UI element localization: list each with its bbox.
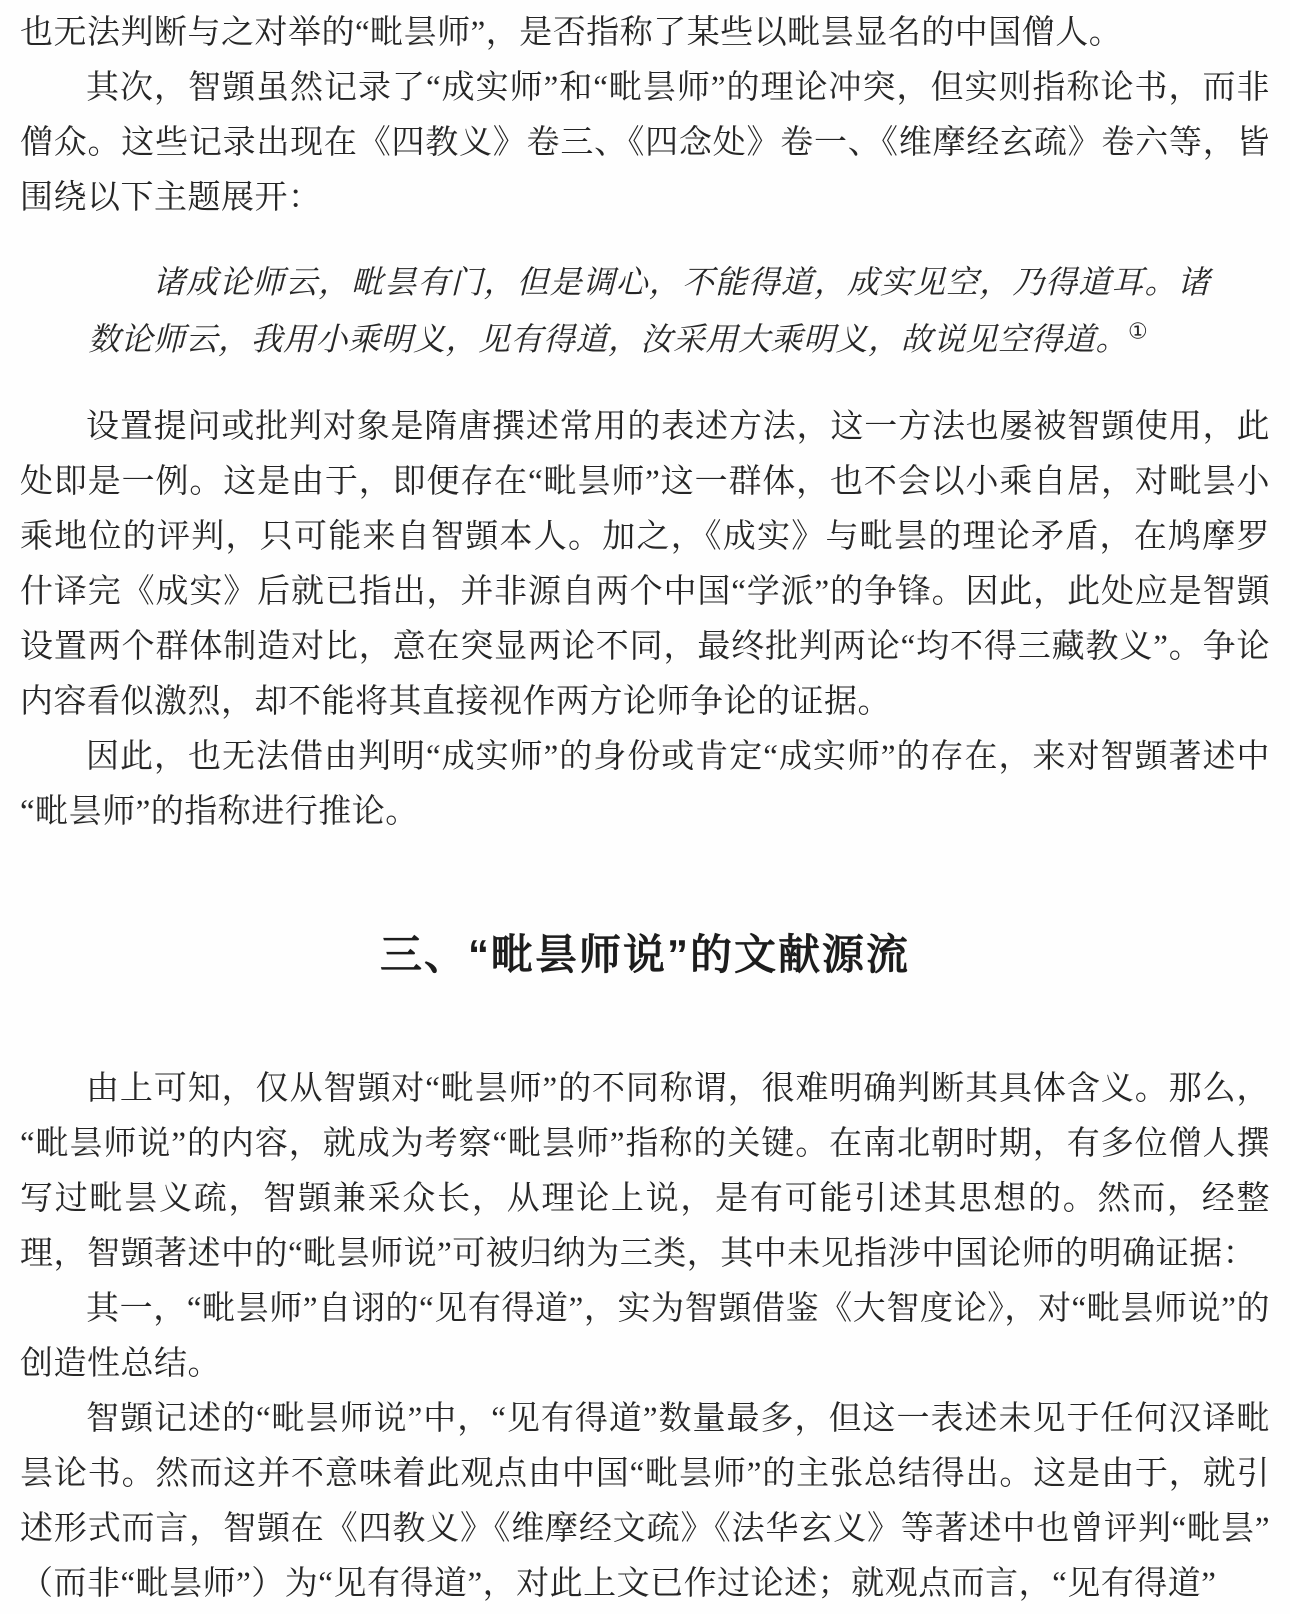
paragraph-yinci: 因此，也无法借由判明“成实师”的身份或肯定“成实师”的存在，来对智顗著述中“毗昙… bbox=[20, 730, 1270, 840]
block-quote: 诸成论师云，毗昙有门，但是调心，不能得道，成实见空，乃得道耳。诸数论师云，我用小… bbox=[88, 254, 1210, 368]
paragraph-cixu: 其次，智顗虽然记录了“成实师”和“毗昙师”的理论冲突，但实则指称论书，而非僧众。… bbox=[20, 61, 1270, 226]
paragraph-qiyi: 其一，“毗昙师”自诩的“见有得道”，实为智顗借鉴《大智度论》，对“毗昙师说”的创… bbox=[20, 1282, 1270, 1392]
paragraph-shezhi: 设置提问或批判对象是隋唐撰述常用的表述方法，这一方法也屡被智顗使用，此处即是一例… bbox=[20, 400, 1270, 730]
footnote-marker: ① bbox=[1128, 318, 1148, 343]
paragraph-continuation: 也无法判断与之对举的“毗昙师”，是否指称了某些以毗昙显名的中国僧人。 bbox=[20, 6, 1270, 61]
section-heading: 三、“毗昙师说”的文献源流 bbox=[20, 926, 1270, 984]
paragraph-youshang: 由上可知，仅从智顗对“毗昙师”的不同称谓，很难明确判断其具体含义。那么，“毗昙师… bbox=[20, 1062, 1270, 1282]
scanned-paper-page: 也无法判断与之对举的“毗昙师”，是否指称了某些以毗昙显名的中国僧人。 其次，智顗… bbox=[0, 0, 1290, 1614]
paragraph-zhiyi: 智顗记述的“毗昙师说”中，“见有得道”数量最多，但这一表述未见于任何汉译毗昙论书… bbox=[20, 1392, 1270, 1612]
block-quote-text: 诸成论师云，毗昙有门，但是调心，不能得道，成实见空，乃得道耳。诸数论师云，我用小… bbox=[88, 264, 1210, 357]
